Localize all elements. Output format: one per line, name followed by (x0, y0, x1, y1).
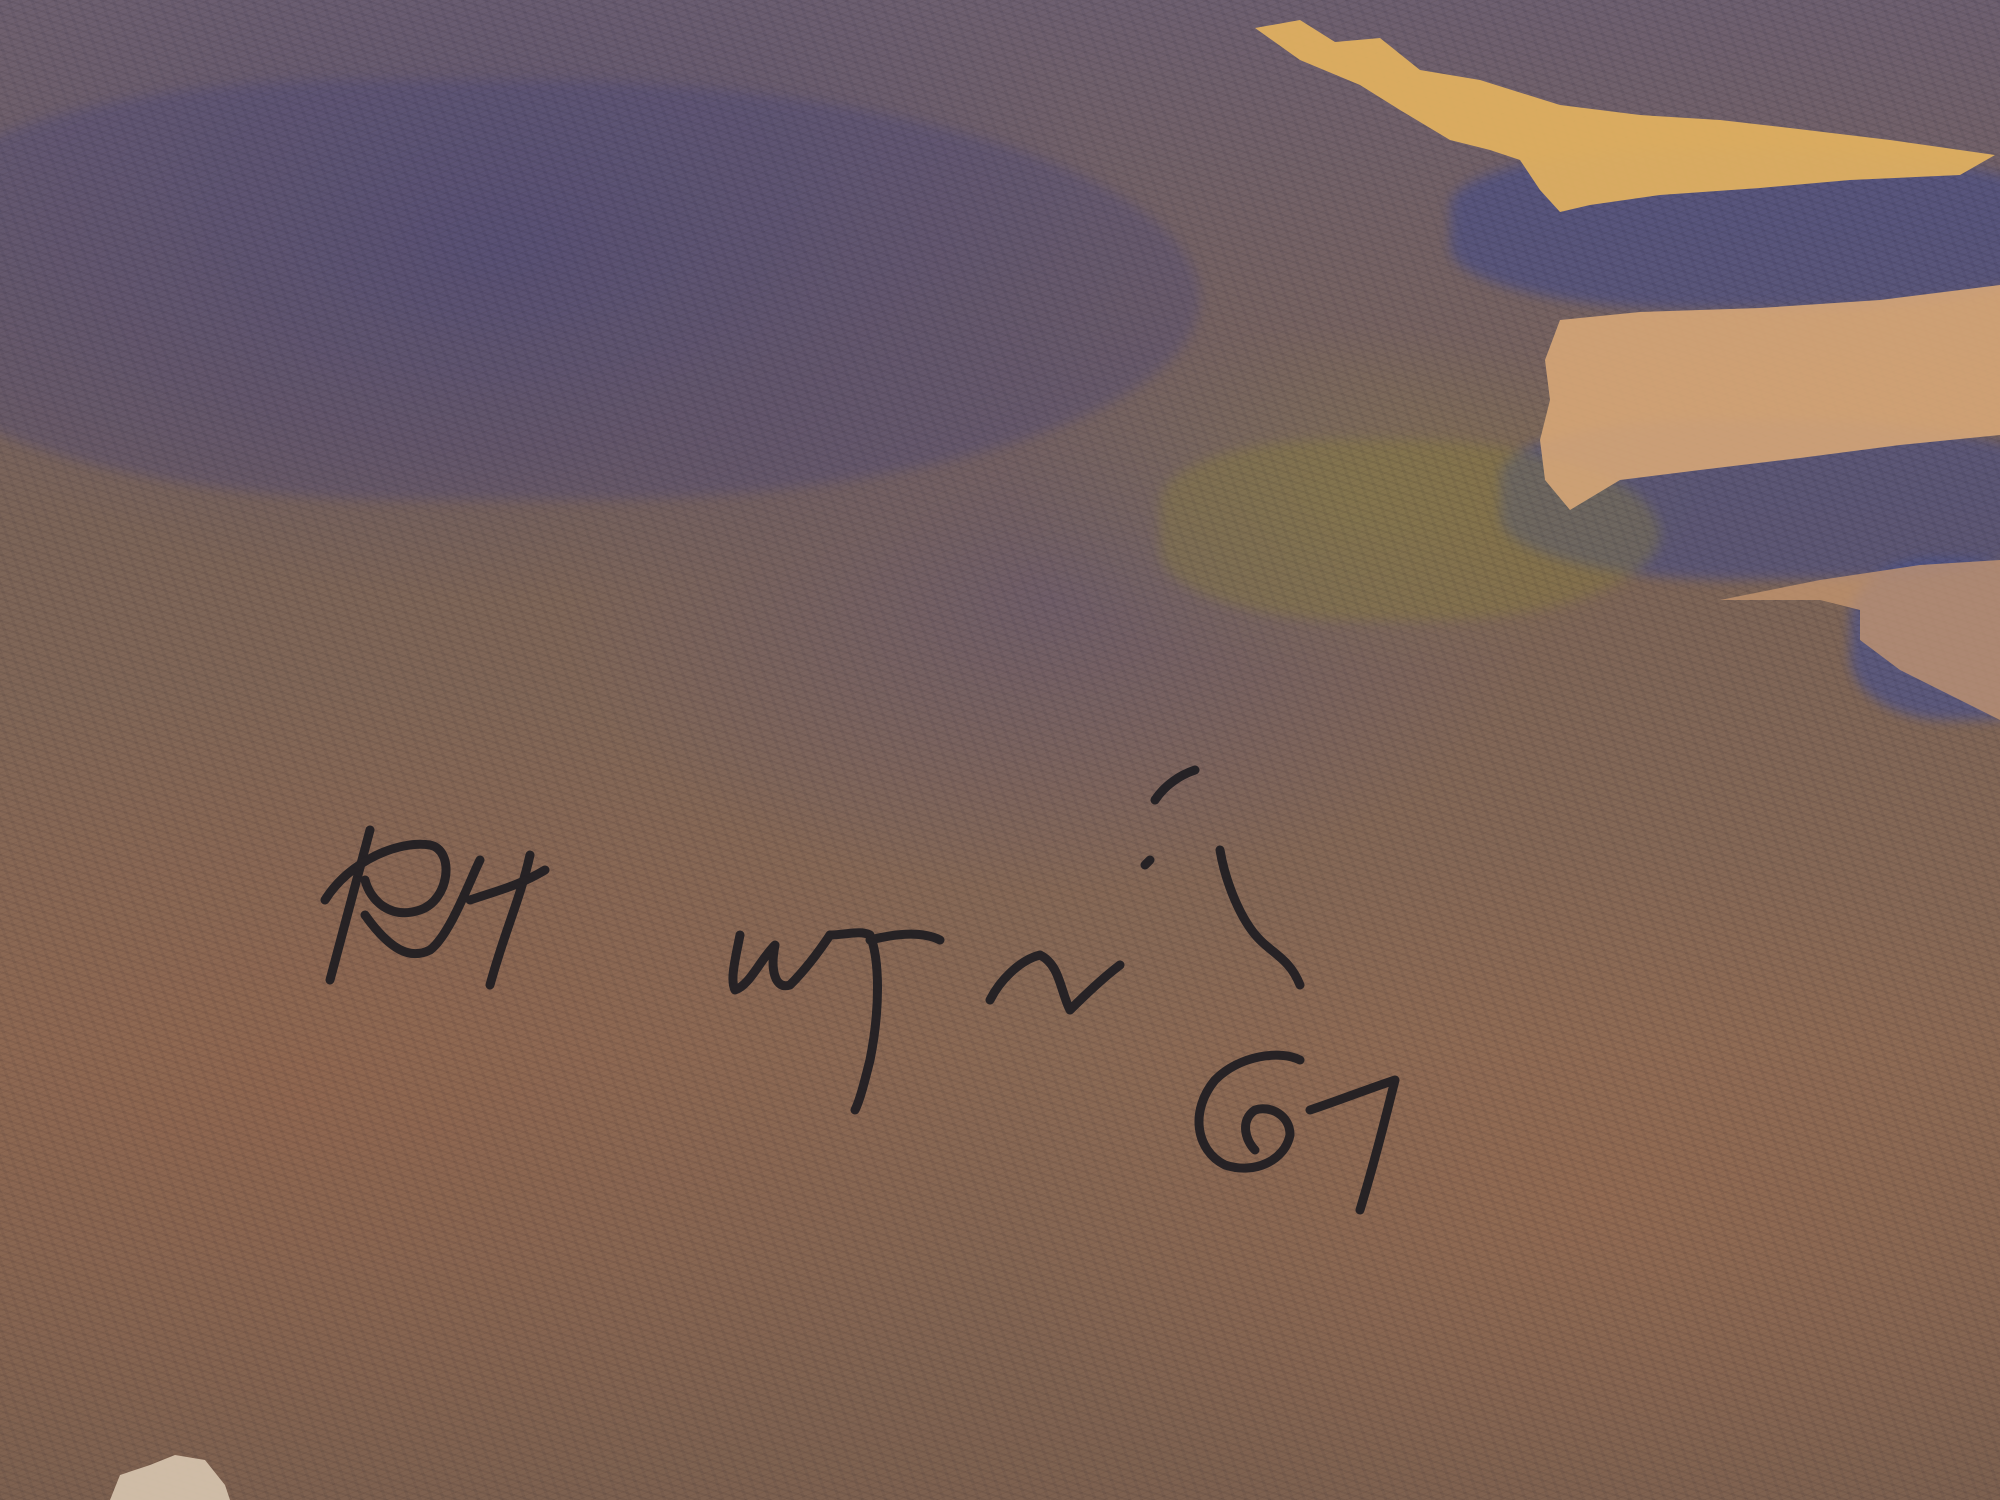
painting-canvas: Κεν αγνοείς 61 (0, 0, 2000, 1500)
signature (0, 0, 2000, 1500)
